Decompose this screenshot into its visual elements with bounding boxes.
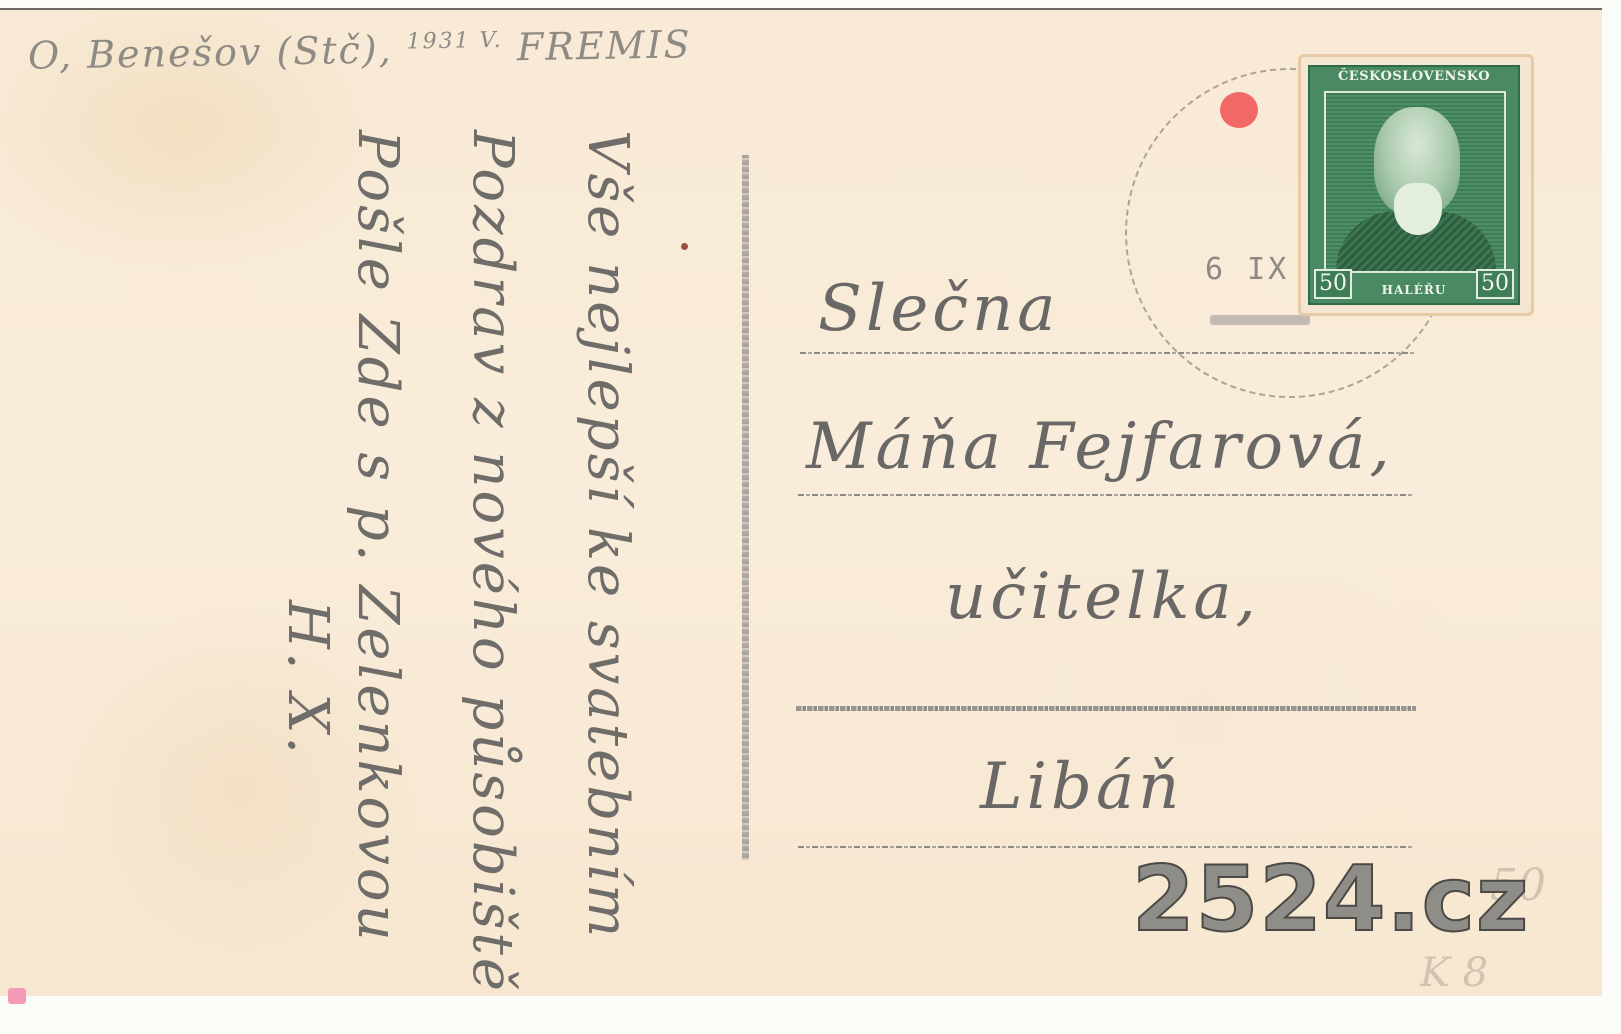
address-town: Libáň bbox=[980, 750, 1183, 824]
message-line: Pošle Zde s p. Zelenkovou bbox=[345, 130, 410, 944]
portrait-beard bbox=[1394, 183, 1442, 235]
red-mark bbox=[1220, 92, 1258, 128]
message-line: Pozdrav z nového působiště bbox=[460, 130, 525, 994]
stain-spot bbox=[681, 243, 688, 250]
archive-note: O, Benešov (Stč), 1931 V. FREMIS bbox=[28, 22, 692, 78]
address-occupation: učitelka, bbox=[945, 560, 1260, 634]
address-line bbox=[798, 494, 1413, 496]
faint-pencil-mark: K 8 bbox=[1420, 950, 1488, 996]
center-divider-line bbox=[742, 155, 749, 860]
stamp-value: 50 bbox=[1476, 269, 1514, 299]
address-name: Máňa Fejfarová, bbox=[806, 410, 1394, 484]
address-salutation: Slečna bbox=[818, 272, 1059, 346]
archive-note-location: O, Benešov (Stč), bbox=[28, 27, 393, 77]
stamp-country: ČESKOSLOVENSKO bbox=[1310, 69, 1518, 84]
address-line bbox=[796, 706, 1416, 711]
address-line bbox=[800, 352, 1415, 354]
postmark-bar bbox=[1210, 315, 1310, 325]
archive-note-year: 1931 V. bbox=[406, 28, 502, 55]
pink-mark bbox=[8, 988, 26, 1004]
watermark: 2524.cz bbox=[1132, 855, 1529, 945]
postage-stamp: ČESKOSLOVENSKO 50 HALÉŘU 50 bbox=[1308, 65, 1520, 305]
message-signature: H. X. bbox=[275, 600, 340, 757]
stamp-portrait bbox=[1324, 91, 1506, 273]
message-line: Vše nejlepší ke svatebním bbox=[575, 130, 640, 940]
archive-note-publisher: FREMIS bbox=[517, 22, 692, 69]
